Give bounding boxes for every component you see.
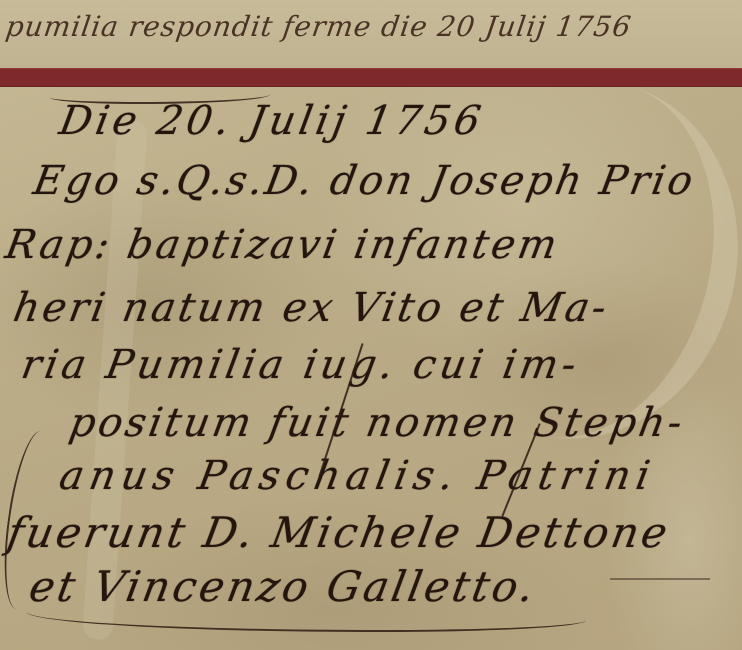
record-line: ria Pumilia iug. cui im- xyxy=(18,342,584,388)
previous-entry-line: pumilia respondit ferme die 20 Julij 175… xyxy=(4,10,634,43)
divider-bar xyxy=(0,68,742,87)
record-line: anus Paschalis. Patrini xyxy=(56,453,659,499)
record-line: positum fuit nomen Steph- xyxy=(66,400,689,446)
ink-closing-line xyxy=(610,578,710,580)
document-page: pumilia respondit ferme die 20 Julij 175… xyxy=(0,0,742,650)
record-line: Rap: baptizavi infantem xyxy=(2,222,563,268)
record-line: heri natum ex Vito et Ma- xyxy=(10,285,613,331)
previous-entry-fragment: pumilia respondit ferme die 20 Julij 175… xyxy=(0,0,742,68)
record-line: fuerunt D. Michele Dettone xyxy=(4,508,674,557)
record-line: Ego s.Q.s.D. don Joseph Prio xyxy=(30,158,699,204)
record-date-line: Die 20. Julij 1756 xyxy=(56,98,488,144)
